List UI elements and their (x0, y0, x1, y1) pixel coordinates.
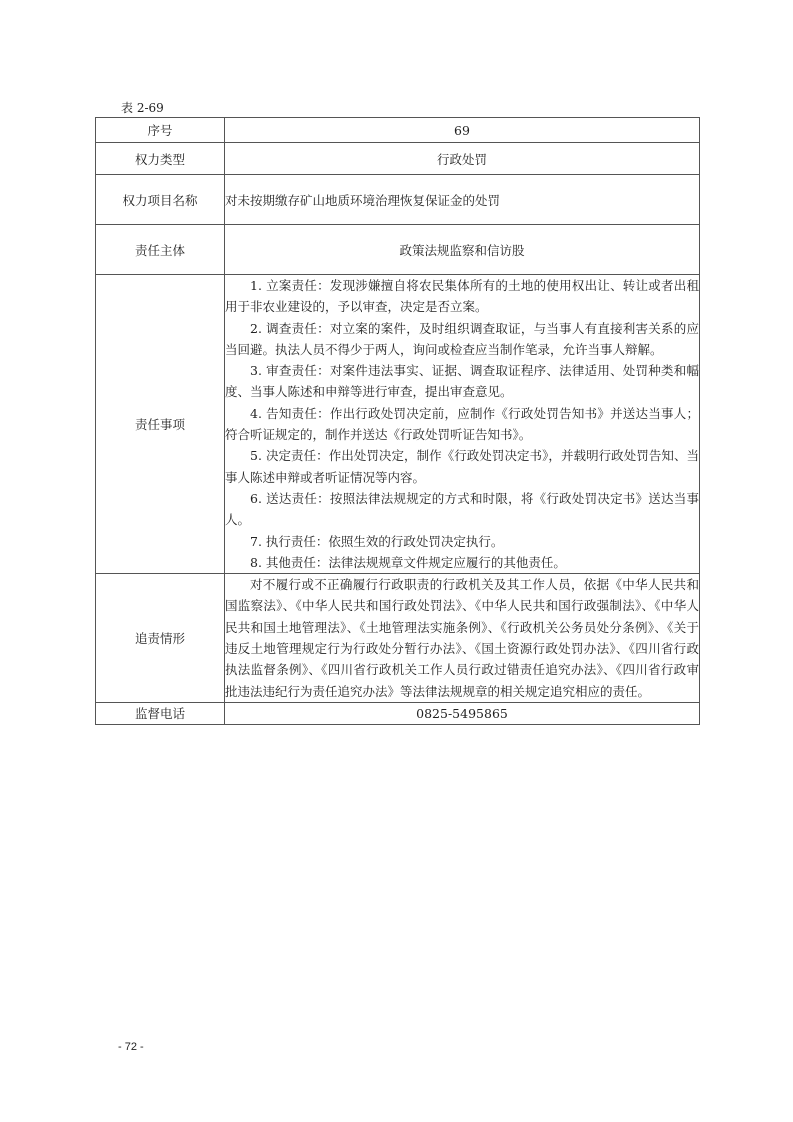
power-type-label: 权力类型 (96, 143, 225, 175)
serial-label: 序号 (96, 118, 225, 143)
phone-value: 0825-5495865 (225, 702, 700, 724)
responsibility-item: 7. 执行责任：依照生效的行政处罚决定执行。 (225, 531, 699, 552)
responsibility-item: 8. 其他责任：法律法规规章文件规定应履行的其他责任。 (225, 552, 699, 573)
table-row-subject: 责任主体 政策法规监察和信访股 (96, 225, 700, 275)
accountability-text-cell: 对不履行或不正确履行行政职责的行政机关及其工作人员，依据《中华人民共和国监察法》… (225, 574, 700, 703)
table-caption: 表 2-69 (121, 99, 164, 116)
page-number: - 72 - (118, 1041, 144, 1053)
phone-label: 监督电话 (96, 702, 225, 724)
responsibilities-list: 1. 立案责任：发现涉嫌擅自将农民集体所有的土地的使用权出让、转让或者出租用于非… (225, 275, 700, 574)
table-row-responsibilities: 责任事项 1. 立案责任：发现涉嫌擅自将农民集体所有的土地的使用权出让、转让或者… (96, 275, 700, 574)
subject-label: 责任主体 (96, 225, 225, 275)
table-row-accountability: 追责情形 对不履行或不正确履行行政职责的行政机关及其工作人员，依据《中华人民共和… (96, 574, 700, 703)
responsibility-item: 1. 立案责任：发现涉嫌擅自将农民集体所有的土地的使用权出让、转让或者出租用于非… (225, 275, 699, 318)
item-name-value: 对未按期缴存矿山地质环境治理恢复保证金的处罚 (225, 175, 700, 225)
item-name-label: 权力项目名称 (96, 175, 225, 225)
accountability-text: 对不履行或不正确履行行政职责的行政机关及其工作人员，依据《中华人民共和国监察法》… (225, 574, 699, 702)
accountability-label: 追责情形 (96, 574, 225, 703)
responsibility-item: 6. 送达责任：按照法律法规规定的方式和时限，将《行政处罚决定书》送达当事人。 (225, 488, 699, 531)
responsibility-item: 5. 决定责任：作出处罚决定，制作《行政处罚决定书》，并载明行政处罚告知、当事人… (225, 445, 699, 488)
table-row-serial: 序号 69 (96, 118, 700, 143)
table-row-power-type: 权力类型 行政处罚 (96, 143, 700, 175)
power-type-value: 行政处罚 (225, 143, 700, 175)
subject-value: 政策法规监察和信访股 (225, 225, 700, 275)
serial-value: 69 (225, 118, 700, 143)
table-row-item-name: 权力项目名称 对未按期缴存矿山地质环境治理恢复保证金的处罚 (96, 175, 700, 225)
responsibility-item: 4. 告知责任：作出行政处罚决定前，应制作《行政处罚告知书》并送达当事人；符合听… (225, 403, 699, 446)
power-item-table: 序号 69 权力类型 行政处罚 权力项目名称 对未按期缴存矿山地质环境治理恢复保… (95, 117, 700, 725)
responsibility-item: 2. 调查责任：对立案的案件，及时组织调查取证，与当事人有直接利害关系的应当回避… (225, 318, 699, 361)
responsibilities-label: 责任事项 (96, 275, 225, 574)
table-row-phone: 监督电话 0825-5495865 (96, 702, 700, 724)
responsibility-item: 3. 审查责任：对案件违法事实、证据、调查取证程序、法律适用、处罚种类和幅度、当… (225, 360, 699, 403)
